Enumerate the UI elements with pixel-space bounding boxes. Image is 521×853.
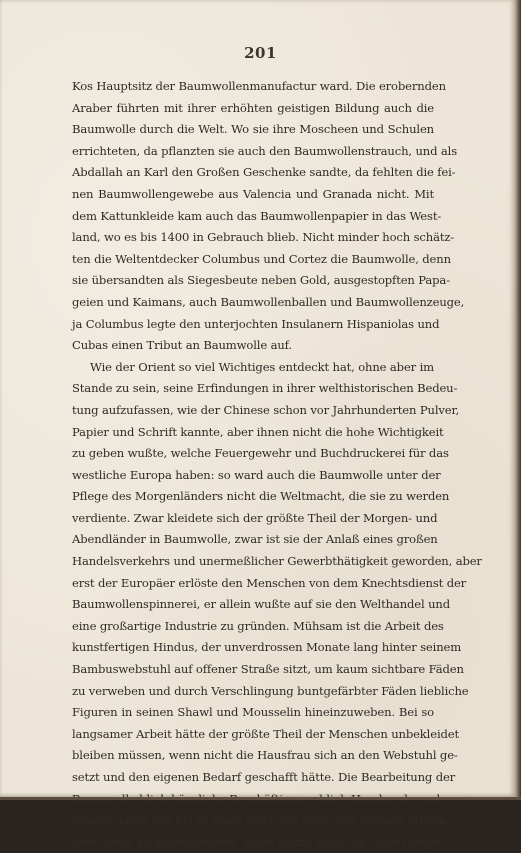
text-line: Araber führten mit ihrer erhöhten geisti… [72,98,434,120]
text-line: erst der Europäer erlöste den Menschen v… [72,573,434,595]
text-line: tung aufzufassen, wie der Chinese schon … [72,400,434,422]
text-line: Figuren in seinen Shawl und Mousselin hi… [72,702,434,724]
text-line: Kos Hauptsitz der Baumwollenmanufactur w… [72,76,434,98]
text-line: eine großartige Industrie zu gründen. Mü… [72,616,434,638]
text-line: Wie der Orient so viel Wichtiges entdeck… [72,357,434,379]
text-line: sie übersandten als Siegesbeute neben Go… [72,270,434,292]
text-line: Baumwolle durch die Welt. Wo sie ihre Mo… [72,119,434,141]
text-line: Handelsverkehrs und unermeßlicher Gewerb… [72,551,434,573]
text-line: Cubas einen Tribut an Baumwolle auf. [72,335,434,357]
text-line: zu geben wußte, welche Feuergewehr und B… [72,443,434,465]
text-line: verdiente. Zwar kleidete sich der größte… [72,508,434,530]
text-line: geien und Kaimans, auch Baumwollenballen… [72,292,434,314]
text-line: Stande zu sein, seine Erfindungen in ihr… [72,378,434,400]
text-line: Abdallah an Karl den Großen Geschenke sa… [72,162,434,184]
book-page: 201 Kos Hauptsitz der Baumwollenmanufact… [0,0,515,797]
body-text: Kos Hauptsitz der Baumwollenmanufactur w… [72,76,434,800]
text-line: nen Baumwollengewebe aus Valencia und Gr… [72,184,434,206]
text-line: ten die Weltentdecker Columbus und Corte… [72,249,434,271]
page-edge-right [515,0,521,800]
text-line: Baumwollenspinnerei, er allein wußte auf… [72,594,434,616]
text-line: langsamer Arbeit hätte der größte Theil … [72,724,434,746]
text-line: errichteten, da pflanzten sie auch den B… [72,141,434,163]
text-line: land, wo es bis 1400 in Gebrauch blieb. … [72,227,434,249]
text-line: dem Kattunkleide kam auch das Baumwollen… [72,206,434,228]
text-line: Pflege des Morgenländers nicht die Weltm… [72,486,434,508]
text-line: westliche Europa haben: so ward auch die… [72,465,434,487]
text-line: setzt und den eigenen Bedarf geschafft h… [72,767,434,789]
text-line: Papier und Schrift kannte, aber ihnen ni… [72,422,434,444]
text-line: ja Columbus legte den unterjochten Insul… [72,314,434,336]
text-line: bleiben müssen, wenn nicht die Hausfrau … [72,745,434,767]
text-line: kunstfertigen Hindus, der unverdrossen M… [72,637,434,659]
text-line: zu verweben und durch Verschlingung bunt… [72,681,434,703]
text-line: Bambuswebstuhl auf offener Straße sitzt,… [72,659,434,681]
text-line: Abendländer in Baumwolle, zwar ist sie d… [72,529,434,551]
page-number: 201 [0,44,521,62]
